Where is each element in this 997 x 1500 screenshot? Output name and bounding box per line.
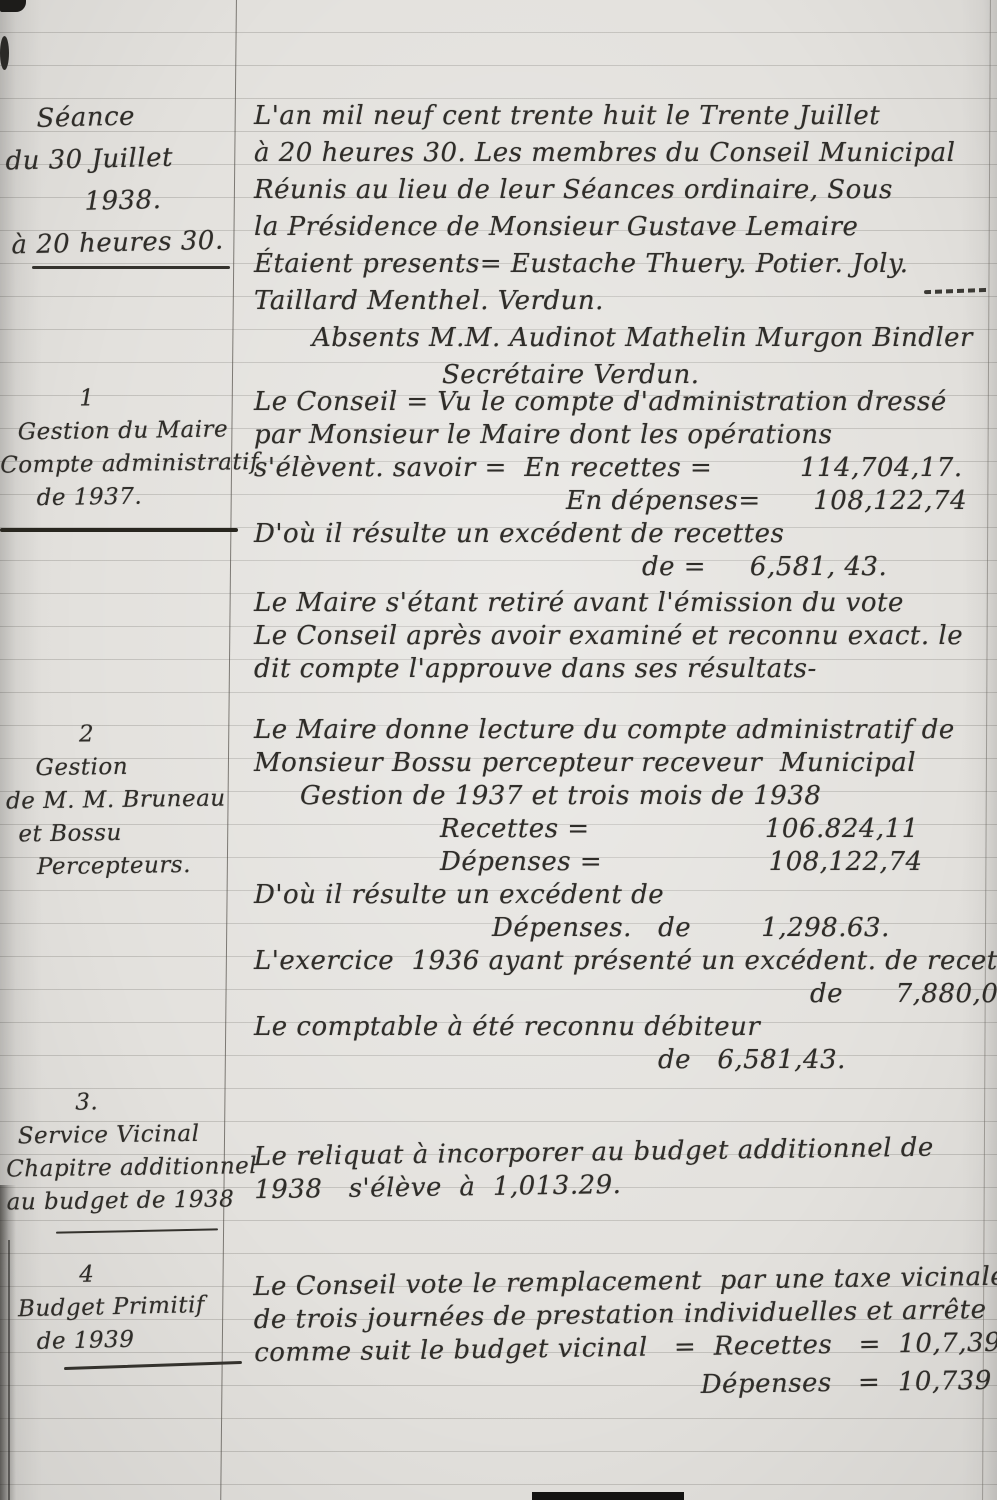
body-line: Gestion de 1937 et trois mois de 1938 [254, 780, 996, 813]
body-line: de 6,581,43. [254, 1044, 996, 1077]
body-line: Absents M.M. Audinot Mathelin Murgon Bin… [254, 320, 996, 357]
ink-divider-section-3 [56, 1228, 218, 1233]
body-line: Recettes = 106.824,11 [254, 813, 996, 846]
margin-line: Percepteurs. [1, 848, 236, 884]
scan-artifact-top-left [0, 0, 26, 12]
body-line: de 7,880,06 [254, 978, 996, 1011]
body-line: Dépenses. de 1,298.63. [254, 912, 996, 945]
session-date: du 30 Juillet [0, 135, 235, 182]
margin-line: de 1939 [0, 1321, 236, 1359]
body-line: D'où il résulte un excédent de [254, 879, 996, 912]
body-line: Monsieur Bossu percepteur receveur Munic… [254, 747, 996, 780]
body-line: Le Maire s'étant retiré avant l'émission… [254, 584, 996, 620]
body-line: Réunis au lieu de leur Séances ordinaire… [254, 172, 996, 209]
margin-note-section-3: 3. Service Vicinal Chapitre additionnel … [0, 1084, 236, 1219]
section-number: 2 [0, 716, 234, 752]
scan-artifact-bottom-bar [532, 1492, 684, 1500]
body-line: Taillard Menthel. Verdun. [254, 283, 996, 320]
section-number: 4 [0, 1255, 235, 1293]
section-number: 1 [0, 380, 235, 416]
margin-note-section-4: 4 Budget Primitif de 1939 [0, 1255, 236, 1359]
margin-note-section-1: 1 Gestion du Maire Compte administratif … [0, 380, 236, 515]
margin-line: Gestion [0, 749, 235, 785]
manuscript-page: Séance du 30 Juillet 1938. à 20 heures 3… [0, 0, 997, 1500]
body-line: à 20 heures 30. Les membres du Conseil M… [254, 135, 996, 172]
ink-divider-session [32, 266, 230, 269]
margin-line: et Bossu [0, 815, 235, 851]
margin-line: de M. M. Bruneau [0, 782, 235, 818]
body-paragraph-service-vicinal: Le reliquat à incorporer au budget addit… [254, 1131, 997, 1207]
body-line: par Monsieur le Maire dont les opération… [254, 419, 996, 452]
margin-note-section-2: 2 Gestion de M. M. Bruneau et Bossu Perc… [0, 716, 236, 884]
session-year: 1938. [0, 177, 236, 224]
body-paragraph-opening: L'an mil neuf cent trente huit le Trente… [254, 98, 996, 394]
body-line: Le comptable à été reconnu débiteur [254, 1011, 996, 1044]
margin-line: Chapitre additionnel [0, 1150, 235, 1186]
body-line: dit compte l'approuve dans ses résultats… [254, 653, 996, 686]
body-paragraph-compte-percepteur: Le Maire donne lecture du compte adminis… [254, 714, 996, 1077]
margin-line: Service Vicinal [0, 1117, 235, 1153]
scan-artifact-left-blob [0, 36, 9, 70]
body-line: la Présidence de Monsieur Gustave Lemair… [254, 209, 996, 246]
body-line: En dépenses= 108,122,74 [254, 485, 996, 518]
margin-line: de 1937. [0, 479, 235, 515]
body-line: D'où il résulte un excédent de recettes [254, 518, 996, 551]
body-line: Le Conseil après avoir examiné et reconn… [254, 620, 996, 653]
margin-line: Gestion du Maire [0, 413, 235, 449]
body-line: de = 6,581, 43. [254, 551, 996, 584]
body-line: Le Maire donne lecture du compte adminis… [254, 714, 996, 747]
margin-line: au budget de 1938 [0, 1183, 235, 1219]
body-line: L'exercice 1936 ayant présenté un excéde… [254, 945, 996, 978]
body-line: L'an mil neuf cent trente huit le Trente… [254, 98, 996, 135]
ink-divider-section-1 [0, 528, 238, 532]
session-time: à 20 heures 30. [1, 219, 237, 266]
ink-divider-section-4 [64, 1361, 242, 1370]
margin-line: Compte administratif [0, 446, 235, 482]
body-line: Le Conseil = Vu le compte d'administrati… [254, 386, 996, 419]
margin-note-session: Séance du 30 Juillet 1938. à 20 heures 3… [0, 93, 237, 266]
body-line: s'élèvent. savoir = En recettes = 114,70… [254, 452, 996, 485]
body-paragraph-budget-1939: Le Conseil vote le remplacement par une … [253, 1261, 997, 1408]
body-line: Dépenses = 108,122,74 [254, 846, 996, 879]
body-paragraph-compte-maire: Le Conseil = Vu le compte d'administrati… [254, 386, 996, 686]
section-number: 3. [0, 1084, 235, 1120]
margin-line: Budget Primitif [0, 1288, 235, 1326]
body-line: Étaient presents= Eustache Thuery. Potie… [254, 246, 996, 283]
session-title: Séance [0, 93, 234, 140]
